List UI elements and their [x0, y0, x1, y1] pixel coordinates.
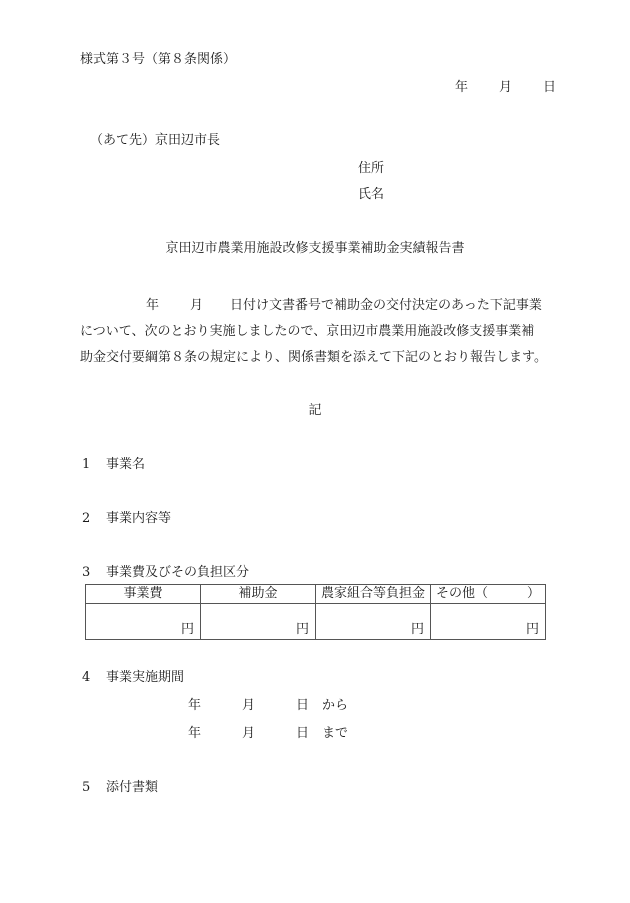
- cell-other[interactable]: 円: [431, 604, 546, 640]
- form-number: 様式第３号（第８条関係）: [80, 52, 236, 68]
- header-farmer-burden: 農家組合等負担金: [316, 585, 431, 604]
- date-month: 月: [499, 80, 543, 96]
- item-period: 4事業実施期間: [82, 670, 184, 686]
- cell-subsidy[interactable]: 円: [201, 604, 316, 640]
- header-project-cost: 事業費: [86, 585, 201, 604]
- cell-project-cost[interactable]: 円: [86, 604, 201, 640]
- period-to: 年月日まで: [188, 726, 348, 742]
- submission-date: 年月日: [455, 80, 556, 96]
- item-attachments: 5添付書類: [82, 780, 158, 796]
- address-label: 住所: [358, 161, 384, 177]
- cost-table-row: 円 円 円 円: [86, 604, 546, 640]
- header-subsidy: 補助金: [201, 585, 316, 604]
- date-year: 年: [455, 80, 499, 96]
- addressee: （あて先）京田辺市長: [90, 133, 220, 149]
- body-text: 年月日付け文書番号で補助金の交付決定のあった下記事業 について、次のとおり実施し…: [80, 293, 560, 371]
- name-label: 氏名: [358, 187, 384, 203]
- ki-heading: 記: [0, 403, 630, 419]
- header-other: その他（ ）: [431, 585, 546, 604]
- document-title: 京田辺市農業用施設改修支援事業補助金実績報告書: [0, 241, 630, 257]
- date-day: 日: [543, 80, 556, 96]
- cost-table: 事業費 補助金 農家組合等負担金 その他（ ） 円 円 円 円: [85, 584, 546, 640]
- period-from: 年月日から: [188, 698, 348, 714]
- body-line-1: 年月日付け文書番号で補助金の交付決定のあった下記事業: [80, 293, 560, 319]
- item-project-content: 2事業内容等: [82, 511, 171, 527]
- body-line-2: について、次のとおり実施しましたので、京田辺市農業用施設改修支援事業補: [80, 319, 560, 345]
- item-project-name: 1事業名: [82, 457, 145, 473]
- item-cost-breakdown: 3事業費及びその負担区分: [82, 565, 249, 581]
- cost-table-header: 事業費 補助金 農家組合等負担金 その他（ ）: [86, 585, 546, 604]
- cell-farmer-burden[interactable]: 円: [316, 604, 431, 640]
- body-line-3: 助金交付要綱第８条の規定により、関係書類を添えて下記のとおり報告します。: [80, 345, 560, 371]
